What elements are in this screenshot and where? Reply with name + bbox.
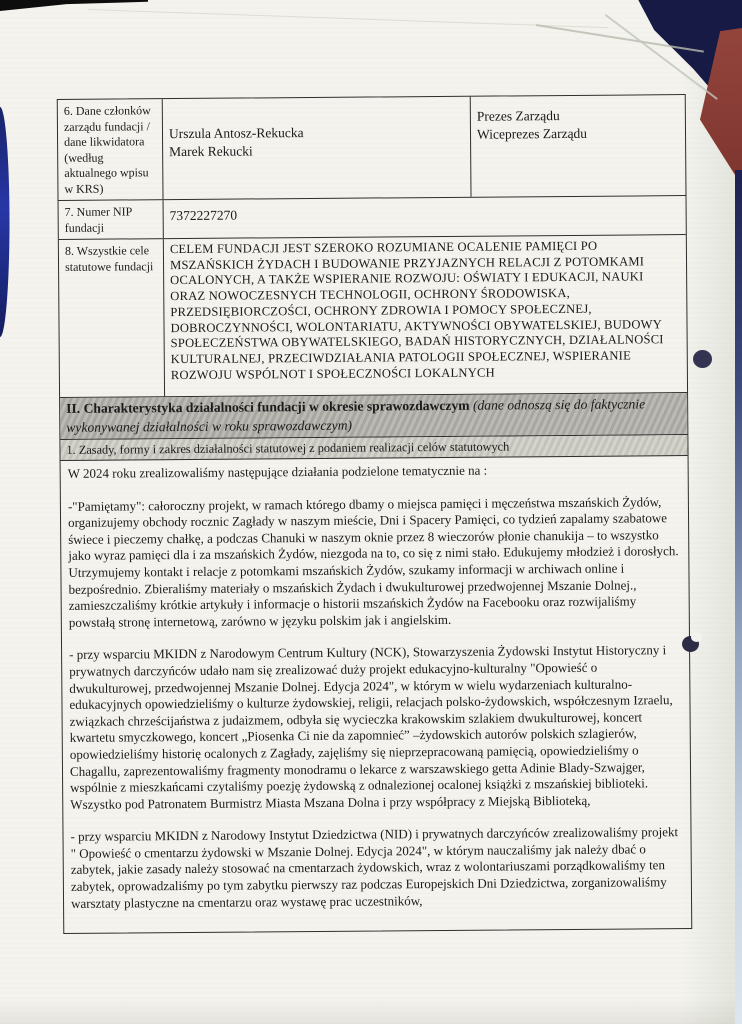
ink-dot	[693, 350, 712, 368]
field-value-board-roles: Prezes Zarządu Wiceprezes Zarządu	[470, 95, 686, 197]
field-value-statutory-goals: CELEM FUNDACJI JEST SZEROKO ROZUMIANE OC…	[163, 235, 687, 396]
binder-edge-blue	[0, 107, 10, 337]
field-label-board-members: 6. Dane członków zarządu fundacji / dane…	[58, 99, 163, 200]
row-statutory-goals: 8. Wszystkie cele statutowe fundacji CEL…	[59, 235, 687, 398]
field-label-statutory-goals: 8. Wszystkie cele statutowe fundacji	[59, 239, 164, 397]
section-2-header: II. Charakterystyka działalności fundacj…	[60, 393, 687, 440]
row-board-members: 6. Dane członków zarządu fundacji / dane…	[58, 95, 686, 201]
activities-paragraph-pamietamy: -"Pamiętamy": całoroczny projekt, w rama…	[68, 494, 682, 632]
activities-intro: W 2024 roku zrealizowaliśmy następujące …	[68, 461, 681, 482]
foundation-report-form: 6. Dane członków zarządu fundacji / dane…	[57, 94, 693, 934]
row-nip-number: 7. Numer NIP fundacji 7372227270	[59, 196, 686, 240]
scanned-document-page: 6. Dane członków zarządu fundacji / dane…	[0, 0, 742, 1024]
activities-paragraph-nid-project: - przy wsparciu MKIDN z Narodowy Instytu…	[70, 824, 684, 912]
scan-edge-strip-right	[735, 170, 742, 1024]
paper-top-edge	[88, 9, 608, 28]
activities-paragraph-nck-project: - przy wsparciu MKIDN z Narodowym Centru…	[69, 642, 683, 813]
field-value-nip: 7372227270	[163, 196, 686, 238]
activities-description: W 2024 roku zrealizowaliśmy następujące …	[61, 456, 692, 933]
field-label-nip: 7. Numer NIP fundacji	[59, 200, 163, 239]
section-2-title: II. Charakterystyka działalności fundacj…	[66, 398, 470, 416]
scan-shadow-bottom	[0, 998, 742, 1024]
field-value-board-members: Urszula Antosz-Rekucka Marek Rekucki	[162, 97, 471, 199]
